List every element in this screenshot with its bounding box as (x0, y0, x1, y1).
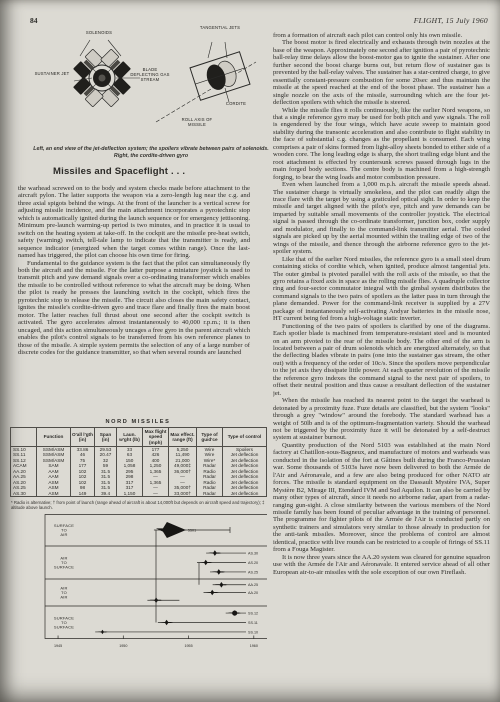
table-cell: AS.30 (11, 491, 37, 497)
timeline-band-label: SURFACETOSURFACE (54, 616, 74, 630)
figure-caption: Left, an end view of the jet-deflection … (30, 146, 272, 160)
body-paragraph: the warhead screwed on to the body and s… (18, 185, 250, 260)
table-cell: 39.4 (95, 491, 117, 497)
roll-axis-label: ROLL AXIS OF MISSILE (176, 118, 218, 128)
missile-label: AS.25 (248, 570, 258, 574)
missile-label: AS.20 (248, 561, 258, 565)
journal-title: FLIGHT, 15 July 1960 (414, 16, 488, 25)
missile-label: 5501 (188, 528, 196, 532)
table-cell: Radar (197, 491, 223, 497)
solenoids-label: SOLENOIDS (68, 31, 130, 36)
missile-label: SS.10 (248, 630, 258, 634)
magazine-page: 84 FLIGHT, 15 July 1960 (0, 0, 500, 702)
table-footnote: * Radio is alternative; † from point of … (10, 500, 266, 511)
table-header-cell (11, 428, 37, 447)
timeline-band-label: AIRTOSURFACE (54, 556, 74, 570)
body-paragraph: The boost motor is fired electrically an… (273, 39, 490, 106)
body-paragraph: When the missile has reached its nearest… (273, 397, 490, 442)
missile-label: SS.11 (248, 621, 258, 625)
table-cell: Jet deflection (223, 491, 267, 497)
figure-drawing (28, 26, 265, 140)
table-cell: — (143, 491, 169, 497)
table-cell: 1,150 (117, 491, 143, 497)
body-paragraph: from a formation of aircraft each pilot … (273, 32, 490, 39)
body-paragraph: It is now three years since the AA.20 sy… (273, 554, 490, 576)
table-title: NORD MISSILES (10, 419, 266, 425)
timeline-year-label: 1945 (54, 644, 62, 648)
timeline-year-label: 1950 (119, 644, 127, 648)
jet-deflection-gyro-figure: SOLENOIDS TANGENTIAL JETS SUSTAINER JET … (28, 26, 268, 144)
table-header-cell: Span (in) (95, 428, 117, 447)
table-header-cell: O'all l'gth (in) (71, 428, 95, 447)
table-header-cell: Max effect. range (ft) (169, 428, 197, 447)
nord-missiles-table: FunctionO'all l'gth (in)Span (in)Laun. w… (10, 427, 267, 497)
table-header-cell: Laun. w'ght (lb) (117, 428, 143, 447)
body-paragraph: While the missile flies it rolls continu… (273, 107, 490, 182)
table-header-cell: Max flight speed (mph) (143, 428, 169, 447)
body-paragraph: Functioning of the two pairs of spoilers… (273, 323, 490, 398)
missile-label: AA.20 (248, 591, 258, 595)
body-paragraph: Fundamental to the guidance system is th… (18, 260, 250, 357)
cordite-label: CORDITE (218, 102, 254, 107)
missile-label: AA.25 (248, 583, 258, 587)
timeline-band-label: AIRTOAIR (60, 586, 67, 600)
left-column: the warhead screwed on to the body and s… (18, 185, 250, 418)
table-cell: 149 (71, 491, 95, 497)
table-header-cell: Function (37, 428, 71, 447)
timeline-year-label: 1960 (250, 644, 258, 648)
article-heading: Missiles and Spaceflight . . . (53, 166, 185, 177)
table-cell: 33,000† (169, 491, 197, 497)
table-header-cell: Type of guid'ce (197, 428, 223, 447)
tangential-jets-label: TANGENTIAL JETS (196, 26, 244, 31)
body-paragraph: Even when launched from a 1,000 m.p.h. a… (273, 181, 490, 256)
table-cell: ASM (37, 491, 71, 497)
nord-missiles-table-block: NORD MISSILES FunctionO'all l'gth (in)Sp… (10, 419, 266, 511)
page-header: 84 FLIGHT, 15 July 1960 (30, 16, 488, 25)
missile-label: SS.12 (248, 611, 258, 615)
table-header-cell: Type of control (223, 428, 267, 447)
body-paragraph: Quantity production of the Nord 5103 was… (273, 442, 490, 554)
right-column: from a formation of aircraft each pilot … (273, 32, 490, 662)
timeline-chart: SURFACETOAIR5501AIRTOSURFACEAS.30AS.20AS… (0, 514, 268, 656)
body-paragraph: Like that of the earlier Nord missiles, … (273, 256, 490, 323)
timeline-year-label: 1955 (184, 644, 192, 648)
missile-silhouette (156, 522, 186, 538)
timeline-band-label: SURFACETOAIR (54, 523, 74, 537)
missile-family-timeline: SURFACETOAIR5501AIRTOSURFACEAS.30AS.20AS… (0, 514, 268, 656)
sustainer-jet-label: SUSTAINER JET (34, 72, 70, 77)
page-number: 84 (30, 16, 38, 25)
blade-deflecting-label: BLADE DEFLECTING GAS STREAM (128, 68, 172, 82)
table-row: AS.30ASM14939.41,150—33,000†RadarJet def… (11, 491, 267, 497)
missile-label: AS.30 (248, 551, 258, 555)
